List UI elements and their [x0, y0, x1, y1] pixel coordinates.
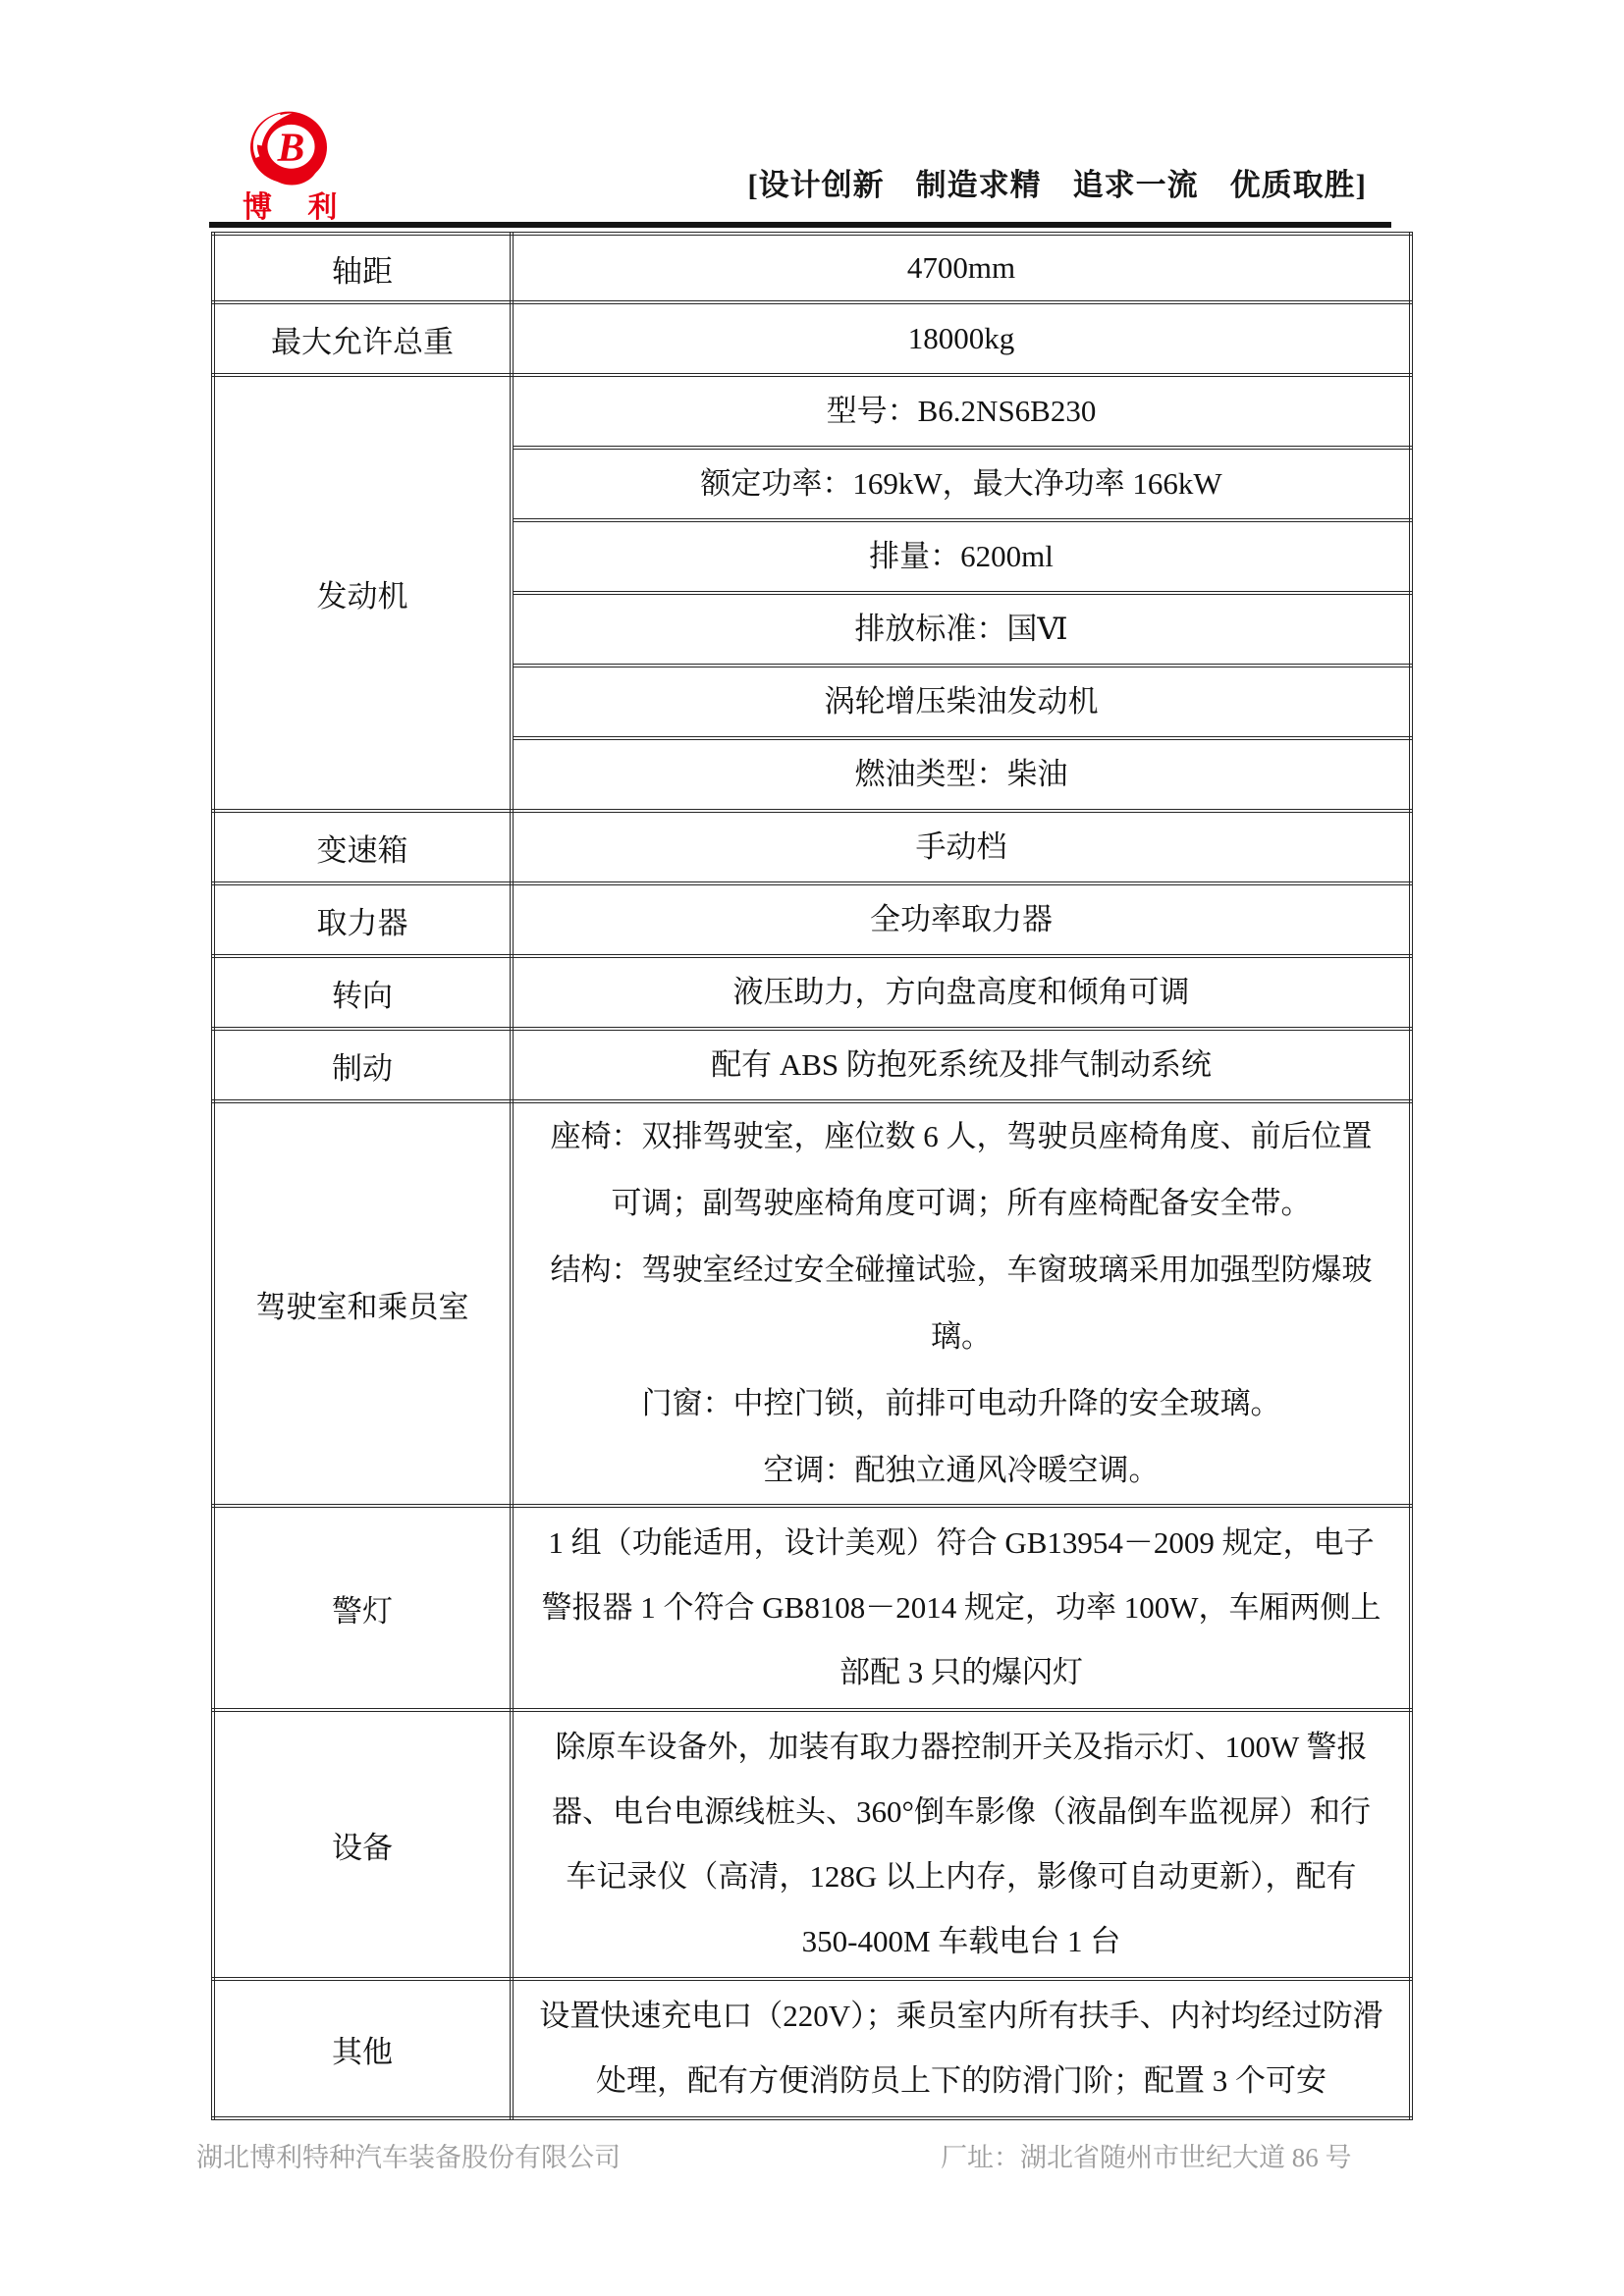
footer-company: 湖北博利特种汽车装备股份有限公司: [196, 2136, 621, 2174]
spec-label-cell: 设备: [213, 1710, 512, 1979]
svg-text:B: B: [277, 124, 305, 169]
spec-value-cell: 全功率取力器: [512, 883, 1411, 956]
footer-address: 厂址：湖北省随州市世纪大道 86 号: [941, 2136, 1352, 2174]
table-row: 转向液压助力，方向盘高度和倾角可调: [213, 956, 1411, 1029]
spec-label-cell: 发动机: [213, 375, 512, 811]
spec-table-body: 轴距4700mm最大允许总重18000kg发动机型号：B6.2NS6B230额定…: [213, 234, 1411, 2118]
spec-value-cell: 4700mm: [512, 234, 1411, 302]
table-row: 其他设置快速充电口（220V）；乘员室内所有扶手、内衬均经过防滑处理，配有方便消…: [213, 1979, 1411, 2118]
spec-label-cell: 警灯: [213, 1506, 512, 1710]
spec-value-cell: 座椅：双排驾驶室，座位数 6 人，驾驶员座椅角度、前后位置可调；副驾驶座椅角度可…: [512, 1101, 1411, 1506]
spec-paragraph: 座椅：双排驾驶室，座位数 6 人，驾驶员座椅角度、前后位置可调；副驾驶座椅角度可…: [537, 1103, 1385, 1237]
table-row: 最大允许总重18000kg: [213, 302, 1411, 375]
spec-label-cell: 驾驶室和乘员室: [213, 1101, 512, 1506]
spec-value-cell: 设置快速充电口（220V）；乘员室内所有扶手、内衬均经过防滑处理，配有方便消防员…: [512, 1979, 1411, 2118]
spec-label-cell: 最大允许总重: [213, 302, 512, 375]
table-row: 制动配有 ABS 防抱死系统及排气制动系统: [213, 1029, 1411, 1101]
document-page: B 博 利 [设计创新 制造求精 追求一流 优质取胜] 轴距4700mm最大允许…: [0, 0, 1624, 2296]
table-row: 变速箱手动档: [213, 811, 1411, 883]
table-row: 轴距4700mm: [213, 234, 1411, 302]
spec-value-cell: 液压助力，方向盘高度和倾角可调: [512, 956, 1411, 1029]
spec-table: 轴距4700mm最大允许总重18000kg发动机型号：B6.2NS6B230额定…: [211, 232, 1413, 2120]
header-rule: [209, 222, 1391, 228]
spec-paragraph: 空调：配独立通风冷暖空调。: [537, 1437, 1385, 1504]
table-row: 设备除原车设备外，加装有取力器控制开关及指示灯、100W 警报器、电台电源线桩头…: [213, 1710, 1411, 1979]
header-slogan: [设计创新 制造求精 追求一流 优质取胜]: [747, 160, 1367, 204]
spec-label-cell: 其他: [213, 1979, 512, 2118]
spec-paragraph: 结构：驾驶室经过安全碰撞试验，车窗玻璃采用加强型防爆玻璃。: [537, 1237, 1385, 1370]
spec-value-cell: 额定功率：169kW，最大净功率 166kW: [512, 448, 1411, 520]
spec-value-cell: 涡轮增压柴油发动机: [512, 666, 1411, 738]
spec-value-cell: 18000kg: [512, 302, 1411, 375]
spec-label-cell: 变速箱: [213, 811, 512, 883]
spec-value-cell: 手动档: [512, 811, 1411, 883]
spec-label-cell: 制动: [213, 1029, 512, 1101]
spec-value-cell: 燃油类型：柴油: [512, 738, 1411, 811]
brand-logo-icon: B: [247, 110, 330, 187]
table-row: 驾驶室和乘员室座椅：双排驾驶室，座位数 6 人，驾驶员座椅角度、前后位置可调；副…: [213, 1101, 1411, 1506]
spec-value-cell: 1 组（功能适用，设计美观）符合 GB13954－2009 规定，电子警报器 1…: [512, 1506, 1411, 1710]
page-footer: 湖北博利特种汽车装备股份有限公司 厂址：湖北省随州市世纪大道 86 号: [0, 2136, 1624, 2175]
spec-paragraph: 门窗：中控门锁，前排可电动升降的安全玻璃。: [537, 1370, 1385, 1437]
table-row: 取力器全功率取力器: [213, 883, 1411, 956]
spec-value-cell: 排放标准：国Ⅵ: [512, 593, 1411, 666]
brand-logo: B: [247, 110, 330, 187]
spec-label-cell: 轴距: [213, 234, 512, 302]
table-row: 发动机型号：B6.2NS6B230: [213, 375, 1411, 448]
spec-value-cell: 型号：B6.2NS6B230: [512, 375, 1411, 448]
spec-label-cell: 取力器: [213, 883, 512, 956]
table-row: 警灯1 组（功能适用，设计美观）符合 GB13954－2009 规定，电子警报器…: [213, 1506, 1411, 1710]
spec-value-cell: 除原车设备外，加装有取力器控制开关及指示灯、100W 警报器、电台电源线桩头、3…: [512, 1710, 1411, 1979]
spec-value-cell: 排量：6200ml: [512, 520, 1411, 593]
brand-text: 博 利: [243, 183, 351, 226]
spec-label-cell: 转向: [213, 956, 512, 1029]
spec-value-cell: 配有 ABS 防抱死系统及排气制动系统: [512, 1029, 1411, 1101]
